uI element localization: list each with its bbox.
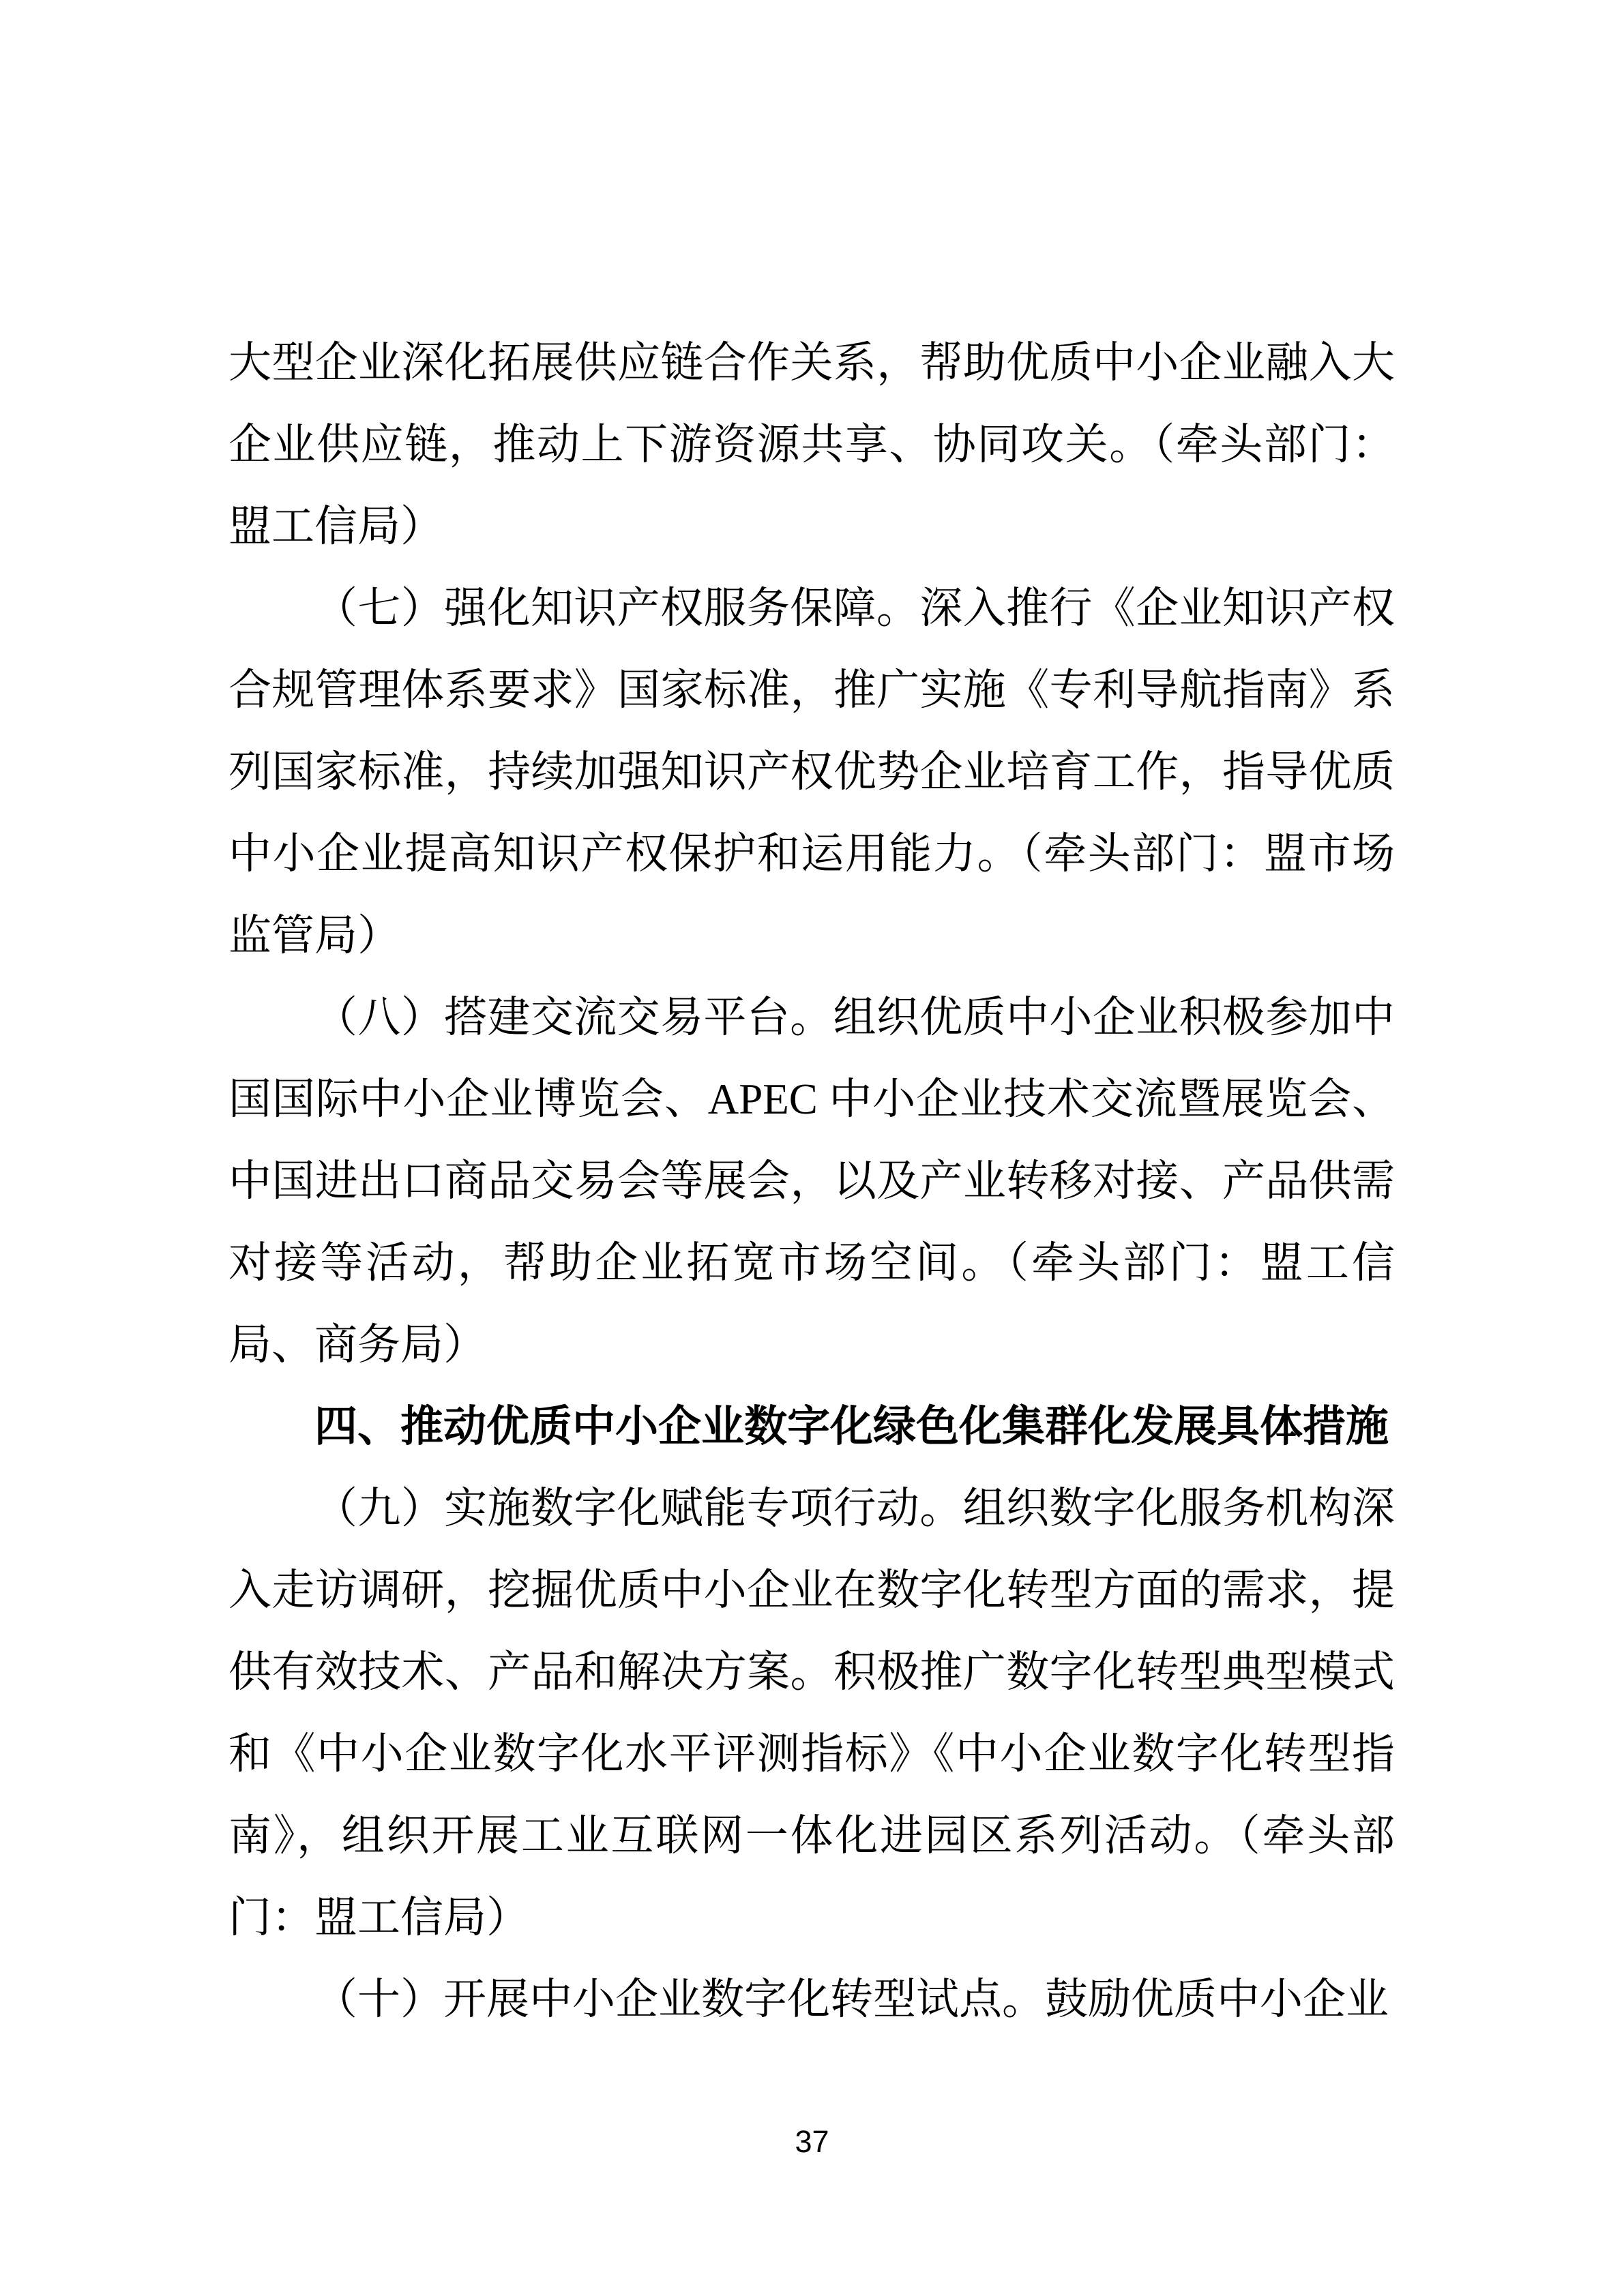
document-body: 大型企业深化拓展供应链合作关系，帮助优质中小企业融入大企业供应链，推动上下游资源… — [228, 322, 1395, 2040]
paragraph-continued: 大型企业深化拓展供应链合作关系，帮助优质中小企业融入大企业供应链，推动上下游资源… — [228, 322, 1395, 567]
paragraph-item-8: （八）搭建交流交易平台。组织优质中小企业积极参加中国国际中小企业博览会、APEC… — [228, 976, 1395, 1386]
paragraph-item-9: （九）实施数字化赋能专项行动。组织数字化服务机构深入走访调研，挖掘优质中小企业在… — [228, 1467, 1395, 1958]
section-heading-4: 四、推动优质中小企业数字化绿色化集群化发展具体措施 — [228, 1386, 1395, 1467]
paragraph-item-7: （七）强化知识产权服务保障。深入推行《企业知识产权合规管理体系要求》国家标准，推… — [228, 567, 1395, 976]
page-number: 37 — [0, 2126, 1624, 2157]
paragraph-item-10: （十）开展中小企业数字化转型试点。鼓励优质中小企业 — [228, 1958, 1395, 2040]
document-page: 大型企业深化拓展供应链合作关系，帮助优质中小企业融入大企业供应链，推动上下游资源… — [0, 0, 1624, 2296]
